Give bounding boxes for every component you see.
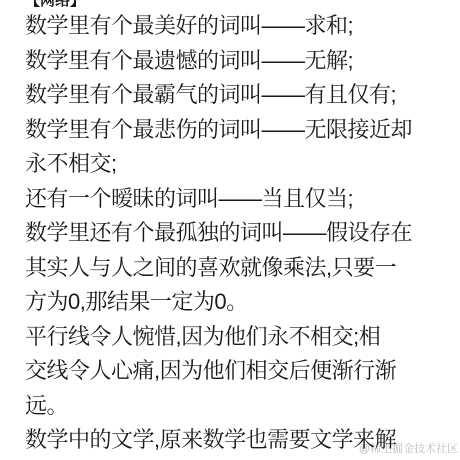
text-line: 数学里有个最霸气的词叫——有且仅有; [25, 78, 450, 113]
text-line: 数学中的文学,原来数学也需要文学来解 [25, 423, 450, 458]
text-line: 数学里有个最美好的词叫——求和; [25, 9, 450, 44]
article-text-page: 【网络】 数学里有个最美好的词叫——求和; 数学里有个最遗憾的词叫——无解; 数… [0, 0, 460, 460]
text-line: 其实人与人之间的喜欢就像乘法,只要一 [25, 251, 450, 286]
text-line: 数学里还有个最孤独的词叫——假设存在 [25, 216, 450, 251]
text-line: 方为0,那结果一定为0。 [25, 285, 450, 320]
article-body: 数学里有个最美好的词叫——求和; 数学里有个最遗憾的词叫——无解; 数学里有个最… [25, 9, 450, 458]
clipped-heading: 【网络】 [25, 0, 85, 8]
text-line: 远。 [25, 389, 450, 424]
text-line: 永不相交; [25, 147, 450, 182]
text-line: 交线令人心痛,因为他们相交后便渐行渐 [25, 354, 450, 389]
text-line: 还有一个暧昧的词叫——当且仅当; [25, 182, 450, 217]
text-line: 平行线令人惋惜,因为他们永不相交;相 [25, 320, 450, 355]
text-line: 数学里有个最悲伤的词叫——无限接近却 [25, 113, 450, 148]
text-line: 数学里有个最遗憾的词叫——无解; [25, 44, 450, 79]
